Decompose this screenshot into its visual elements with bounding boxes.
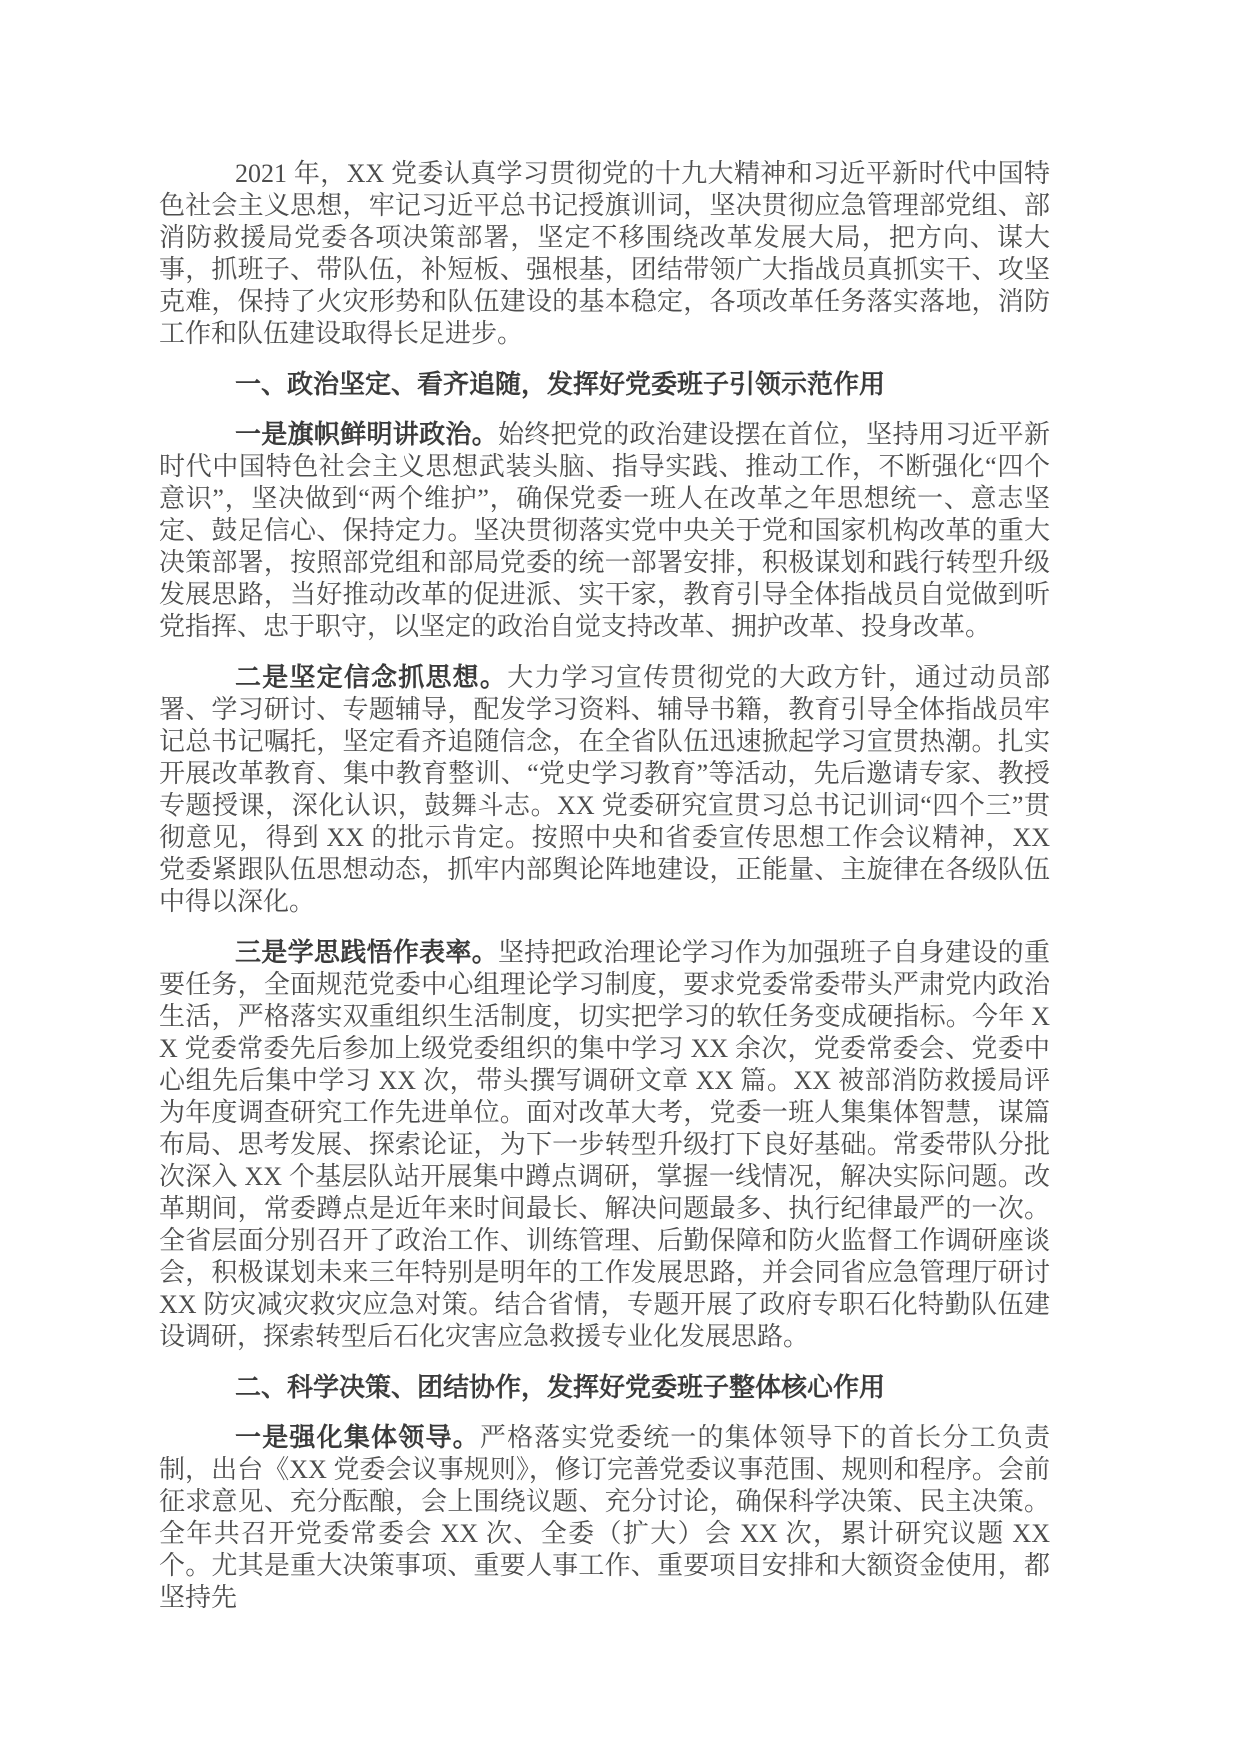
paragraph-1-3-text: 坚持把政治理论学习作为加强班子自身建设的重要任务，全面规范党委中心组理论学习制度… [159,938,1050,1351]
section-heading-2: 二、科学决策、团结协作，发挥好党委班子整体核心作用 [159,1371,1050,1403]
paragraph-2-1-lead: 一是强化集体领导。 [235,1422,480,1452]
document-page: 2021 年，XX 党委认真学习贯彻党的十九大精神和习近平新时代中国特色社会主义… [0,0,1240,1754]
paragraph-2-1: 一是强化集体领导。严格落实党委统一的集体领导下的首长分工负责制，出台《XX 党委… [159,1421,1050,1614]
paragraph-1-2-text: 大力学习宣传贯彻党的大政方针，通过动员部署、学习研讨、专题辅导，配发学习资料、辅… [159,663,1050,916]
section-heading-1: 一、政治坚定、看齐追随，发挥好党委班子引领示范作用 [159,368,1050,400]
paragraph-1-2-lead: 二是坚定信念抓思想。 [235,662,507,692]
paragraph-1-3-lead: 三是学思践悟作表率。 [235,937,498,967]
paragraph-1-2: 二是坚定信念抓思想。大力学习宣传贯彻党的大政方针，通过动员部署、学习研讨、专题辅… [159,661,1050,918]
intro-paragraph: 2021 年，XX 党委认真学习贯彻党的十九大精神和习近平新时代中国特色社会主义… [159,158,1050,350]
paragraph-1-1-lead: 一是旗帜鲜明讲政治。 [235,419,498,449]
paragraph-1-1-text: 始终把党的政治建设摆在首位，坚持用习近平新时代中国特色社会主义思想武装头脑、指导… [159,420,1050,641]
paragraph-1-1: 一是旗帜鲜明讲政治。始终把党的政治建设摆在首位，坚持用习近平新时代中国特色社会主… [159,418,1050,643]
paragraph-1-3: 三是学思践悟作表率。坚持把政治理论学习作为加强班子自身建设的重要任务，全面规范党… [159,936,1050,1353]
